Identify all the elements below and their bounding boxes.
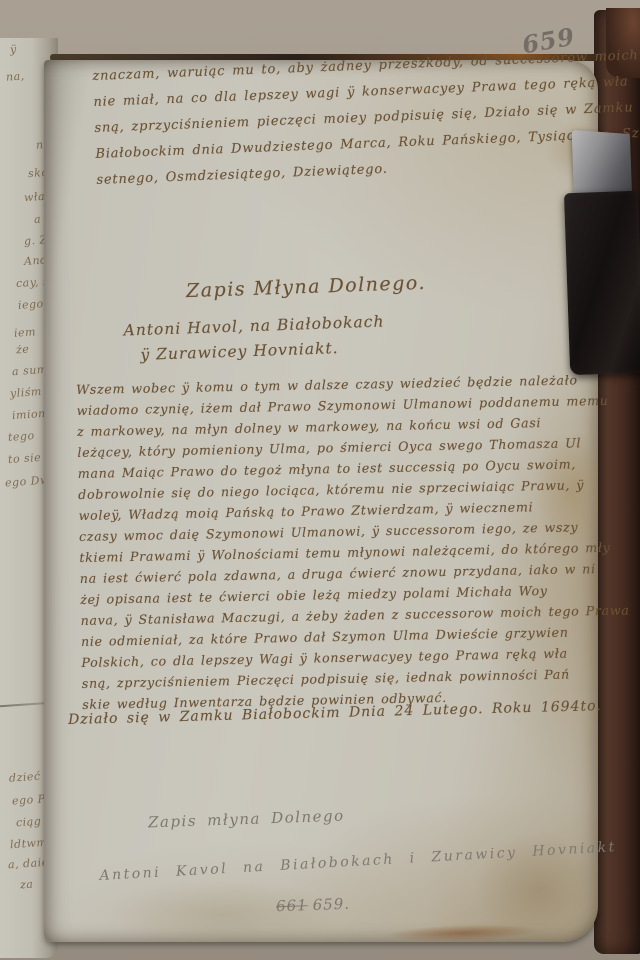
gutter-text-fragment: tego — [8, 429, 35, 444]
gutter-text-fragment: a sum — [12, 363, 49, 378]
record-subtitle: Antoni Havol, na Białobokachÿ Zurawicey … — [123, 309, 386, 368]
record-body: Wszem wobec ÿ komu o tym w dalsze czasy … — [76, 369, 597, 715]
closing-paragraph: znaczam, waruiąc mu to, aby żadney przes… — [92, 45, 602, 194]
gutter-text-fragment: iego — [18, 297, 45, 312]
pencil-page-numbers: 661659. — [276, 895, 351, 916]
gutter-text-fragment: ldtwm — [10, 836, 48, 852]
pencil-current-number: 659. — [312, 895, 350, 914]
gutter-text-fragment: yliśm — [10, 385, 43, 400]
gutter-text-fragment: że — [16, 343, 30, 357]
bookmark-strap — [562, 131, 640, 373]
pencil-old-number: 661 — [276, 896, 308, 915]
gutter-text-fragment: imion — [12, 407, 47, 422]
gutter-text-fragment: za — [20, 878, 34, 892]
gutter-text-fragment: to sie — [8, 451, 42, 466]
binding-corner — [606, 8, 640, 78]
gutter-text-fragment: a, daię — [8, 856, 49, 872]
gutter-text-fragment: na, — [6, 69, 26, 83]
gutter-text-fragment: iem — [14, 325, 37, 340]
strap-leather — [564, 191, 640, 375]
gutter-text-fragment: ÿ — [10, 43, 18, 56]
